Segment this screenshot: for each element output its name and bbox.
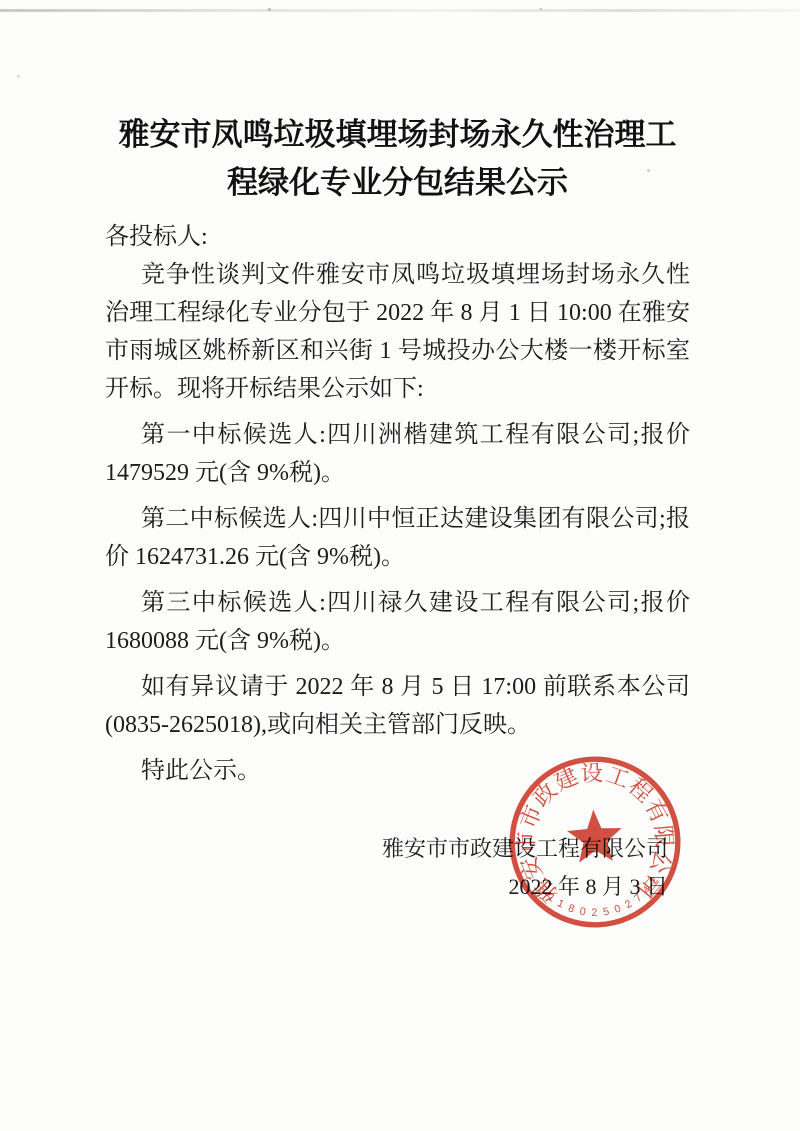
paragraph-candidate-2: 第二中标候选人:四川中恒正达建设集团有限公司;报价 1624731.26 元(含… — [105, 500, 690, 576]
scan-speck — [17, 75, 20, 78]
paragraph-objection: 如有异议请于 2022 年 8 月 5 日 17:00 前联系本公司(0835-… — [105, 668, 690, 744]
page-title-line2: 程绿化专业分包结果公示 — [105, 159, 690, 207]
paragraph-opening: 竞争性谈判文件雅安市凤鸣垃圾填埋场封场永久性治理工程绿化专业分包于 2022 年… — [105, 256, 690, 408]
salutation: 各投标人: — [105, 218, 690, 256]
official-seal: 雅安市市政建设工程有限公司 5118025027427 — [500, 747, 689, 936]
paragraph-candidate-1: 第一中标候选人:四川洲楷建筑工程有限公司;报价 1479529 元(含 9%税)… — [105, 416, 690, 492]
paragraph-candidate-3: 第三中标候选人:四川禄久建设工程有限公司;报价 1680088 元(含 9%税)… — [105, 584, 690, 660]
page-title-line1: 雅安市凤鸣垃圾填埋场封场永久性治理工 — [105, 111, 690, 159]
document-page: 雅安市凤鸣垃圾填埋场封场永久性治理工 程绿化专业分包结果公示 各投标人: 竞争性… — [0, 0, 800, 1131]
seal-star-icon — [566, 808, 623, 863]
page-title: 雅安市凤鸣垃圾填埋场封场永久性治理工 程绿化专业分包结果公示 — [105, 111, 690, 207]
